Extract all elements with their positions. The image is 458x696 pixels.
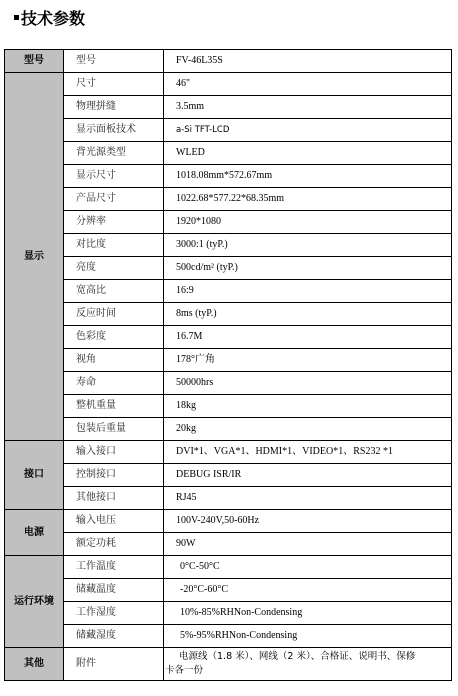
table-row: 显示尺寸1018.08mm*572.67mm: [5, 165, 452, 188]
label-cell: 尺寸: [64, 73, 164, 96]
label-cell: 寿命: [64, 372, 164, 395]
value-cell: 0°C-50°C: [164, 556, 452, 579]
table-row: 储藏湿度5%-95%RHNon-Condensing: [5, 625, 452, 648]
label-cell: 额定功耗: [64, 533, 164, 556]
section-title-text: 技术参数: [21, 9, 85, 28]
label-cell: 控制接口: [64, 464, 164, 487]
label-cell: 亮度: [64, 257, 164, 280]
label-cell: 输入接口: [64, 441, 164, 464]
table-row: 背光源类型WLED: [5, 142, 452, 165]
table-row: 显示 尺寸 46": [5, 73, 452, 96]
value-cell: 5%-95%RHNon-Condensing: [164, 625, 452, 648]
label-cell: 工作湿度: [64, 602, 164, 625]
category-cell: 运行环境: [5, 556, 64, 648]
table-row: 电源 输入电压 100V-240V,50-60Hz: [5, 510, 452, 533]
value-line-2: 卡各一份: [165, 665, 203, 676]
value-cell: 100V-240V,50-60Hz: [164, 510, 452, 533]
category-cell: 其他: [5, 648, 64, 681]
label-cell: 宽高比: [64, 280, 164, 303]
table-row: 亮度500cd/m² (tyP.): [5, 257, 452, 280]
value-cell: 16.7M: [164, 326, 452, 349]
spec-table: 型号 型号 FV-46L35S 显示 尺寸 46" 物理拼缝3.5mm 显示面板…: [4, 49, 452, 681]
label-cell: 包装后重量: [64, 418, 164, 441]
value-cell: 178°广角: [164, 349, 452, 372]
value-cell: 1022.68*577.22*68.35mm: [164, 188, 452, 211]
value-cell: 8ms (tyP.): [164, 303, 452, 326]
table-row: 储藏温度-20°C-60°C: [5, 579, 452, 602]
value-cell: 90W: [164, 533, 452, 556]
label-cell: 分辨率: [64, 211, 164, 234]
table-row: 寿命50000hrs: [5, 372, 452, 395]
table-row: 整机重量18kg: [5, 395, 452, 418]
value-cell: 500cd/m² (tyP.): [164, 257, 452, 280]
table-row: 宽高比16:9: [5, 280, 452, 303]
table-row: 额定功耗90W: [5, 533, 452, 556]
value-cell: 电源线（1.8 米）、网线（2 米）、合格证、说明书、保修卡各一份: [164, 648, 452, 681]
value-cell: 3.5mm: [164, 96, 452, 119]
table-row: 其他接口RJ45: [5, 487, 452, 510]
value-cell: WLED: [164, 142, 452, 165]
value-cell: 50000hrs: [164, 372, 452, 395]
value-line-1: 电源线（1.8 米）、网线（2 米）、合格证、说明书、保修: [165, 650, 451, 664]
bullet-icon: [14, 15, 19, 20]
label-cell: 显示尺寸: [64, 165, 164, 188]
category-cell: 电源: [5, 510, 64, 556]
value-cell: a-Si TFT-LCD: [164, 119, 452, 142]
section-title: 技术参数: [14, 6, 85, 29]
value-cell: -20°C-60°C: [164, 579, 452, 602]
table-row: 工作湿度10%-85%RHNon-Condensing: [5, 602, 452, 625]
label-cell: 视角: [64, 349, 164, 372]
table-row: 运行环境 工作温度 0°C-50°C: [5, 556, 452, 579]
category-cell: 接口: [5, 441, 64, 510]
value-cell: 10%-85%RHNon-Condensing: [164, 602, 452, 625]
label-cell: 储藏湿度: [64, 625, 164, 648]
value-cell: FV-46L35S: [164, 50, 452, 73]
label-cell: 型号: [64, 50, 164, 73]
table-row: 控制接口DEBUG ISR/IR: [5, 464, 452, 487]
label-cell: 物理拼缝: [64, 96, 164, 119]
table-row: 视角178°广角: [5, 349, 452, 372]
table-row: 反应时间8ms (tyP.): [5, 303, 452, 326]
value-cell: 20kg: [164, 418, 452, 441]
value-cell: 1920*1080: [164, 211, 452, 234]
label-cell: 附件: [64, 648, 164, 681]
table-row: 物理拼缝3.5mm: [5, 96, 452, 119]
table-row: 产品尺寸1022.68*577.22*68.35mm: [5, 188, 452, 211]
label-cell: 色彩度: [64, 326, 164, 349]
category-cell: 型号: [5, 50, 64, 73]
table-row: 分辨率1920*1080: [5, 211, 452, 234]
label-cell: 输入电压: [64, 510, 164, 533]
value-cell: DEBUG ISR/IR: [164, 464, 452, 487]
table-row: 显示面板技术a-Si TFT-LCD: [5, 119, 452, 142]
label-cell: 工作温度: [64, 556, 164, 579]
value-cell: DVI*1、VGA*1、HDMI*1、VIDEO*1、RS232 *1: [164, 441, 452, 464]
label-cell: 显示面板技术: [64, 119, 164, 142]
value-cell: 3000:1 (tyP.): [164, 234, 452, 257]
category-cell: 显示: [5, 73, 64, 441]
value-cell: 16:9: [164, 280, 452, 303]
table-row: 型号 型号 FV-46L35S: [5, 50, 452, 73]
table-row: 色彩度16.7M: [5, 326, 452, 349]
table-row: 接口 输入接口 DVI*1、VGA*1、HDMI*1、VIDEO*1、RS232…: [5, 441, 452, 464]
value-cell: 1018.08mm*572.67mm: [164, 165, 452, 188]
table-row: 其他 附件 电源线（1.8 米）、网线（2 米）、合格证、说明书、保修卡各一份: [5, 648, 452, 681]
label-cell: 其他接口: [64, 487, 164, 510]
label-cell: 反应时间: [64, 303, 164, 326]
label-cell: 产品尺寸: [64, 188, 164, 211]
label-cell: 对比度: [64, 234, 164, 257]
table-row: 对比度3000:1 (tyP.): [5, 234, 452, 257]
value-cell: RJ45: [164, 487, 452, 510]
table-row: 包装后重量20kg: [5, 418, 452, 441]
label-cell: 背光源类型: [64, 142, 164, 165]
label-cell: 储藏温度: [64, 579, 164, 602]
label-cell: 整机重量: [64, 395, 164, 418]
value-cell: 46": [164, 73, 452, 96]
value-cell: 18kg: [164, 395, 452, 418]
